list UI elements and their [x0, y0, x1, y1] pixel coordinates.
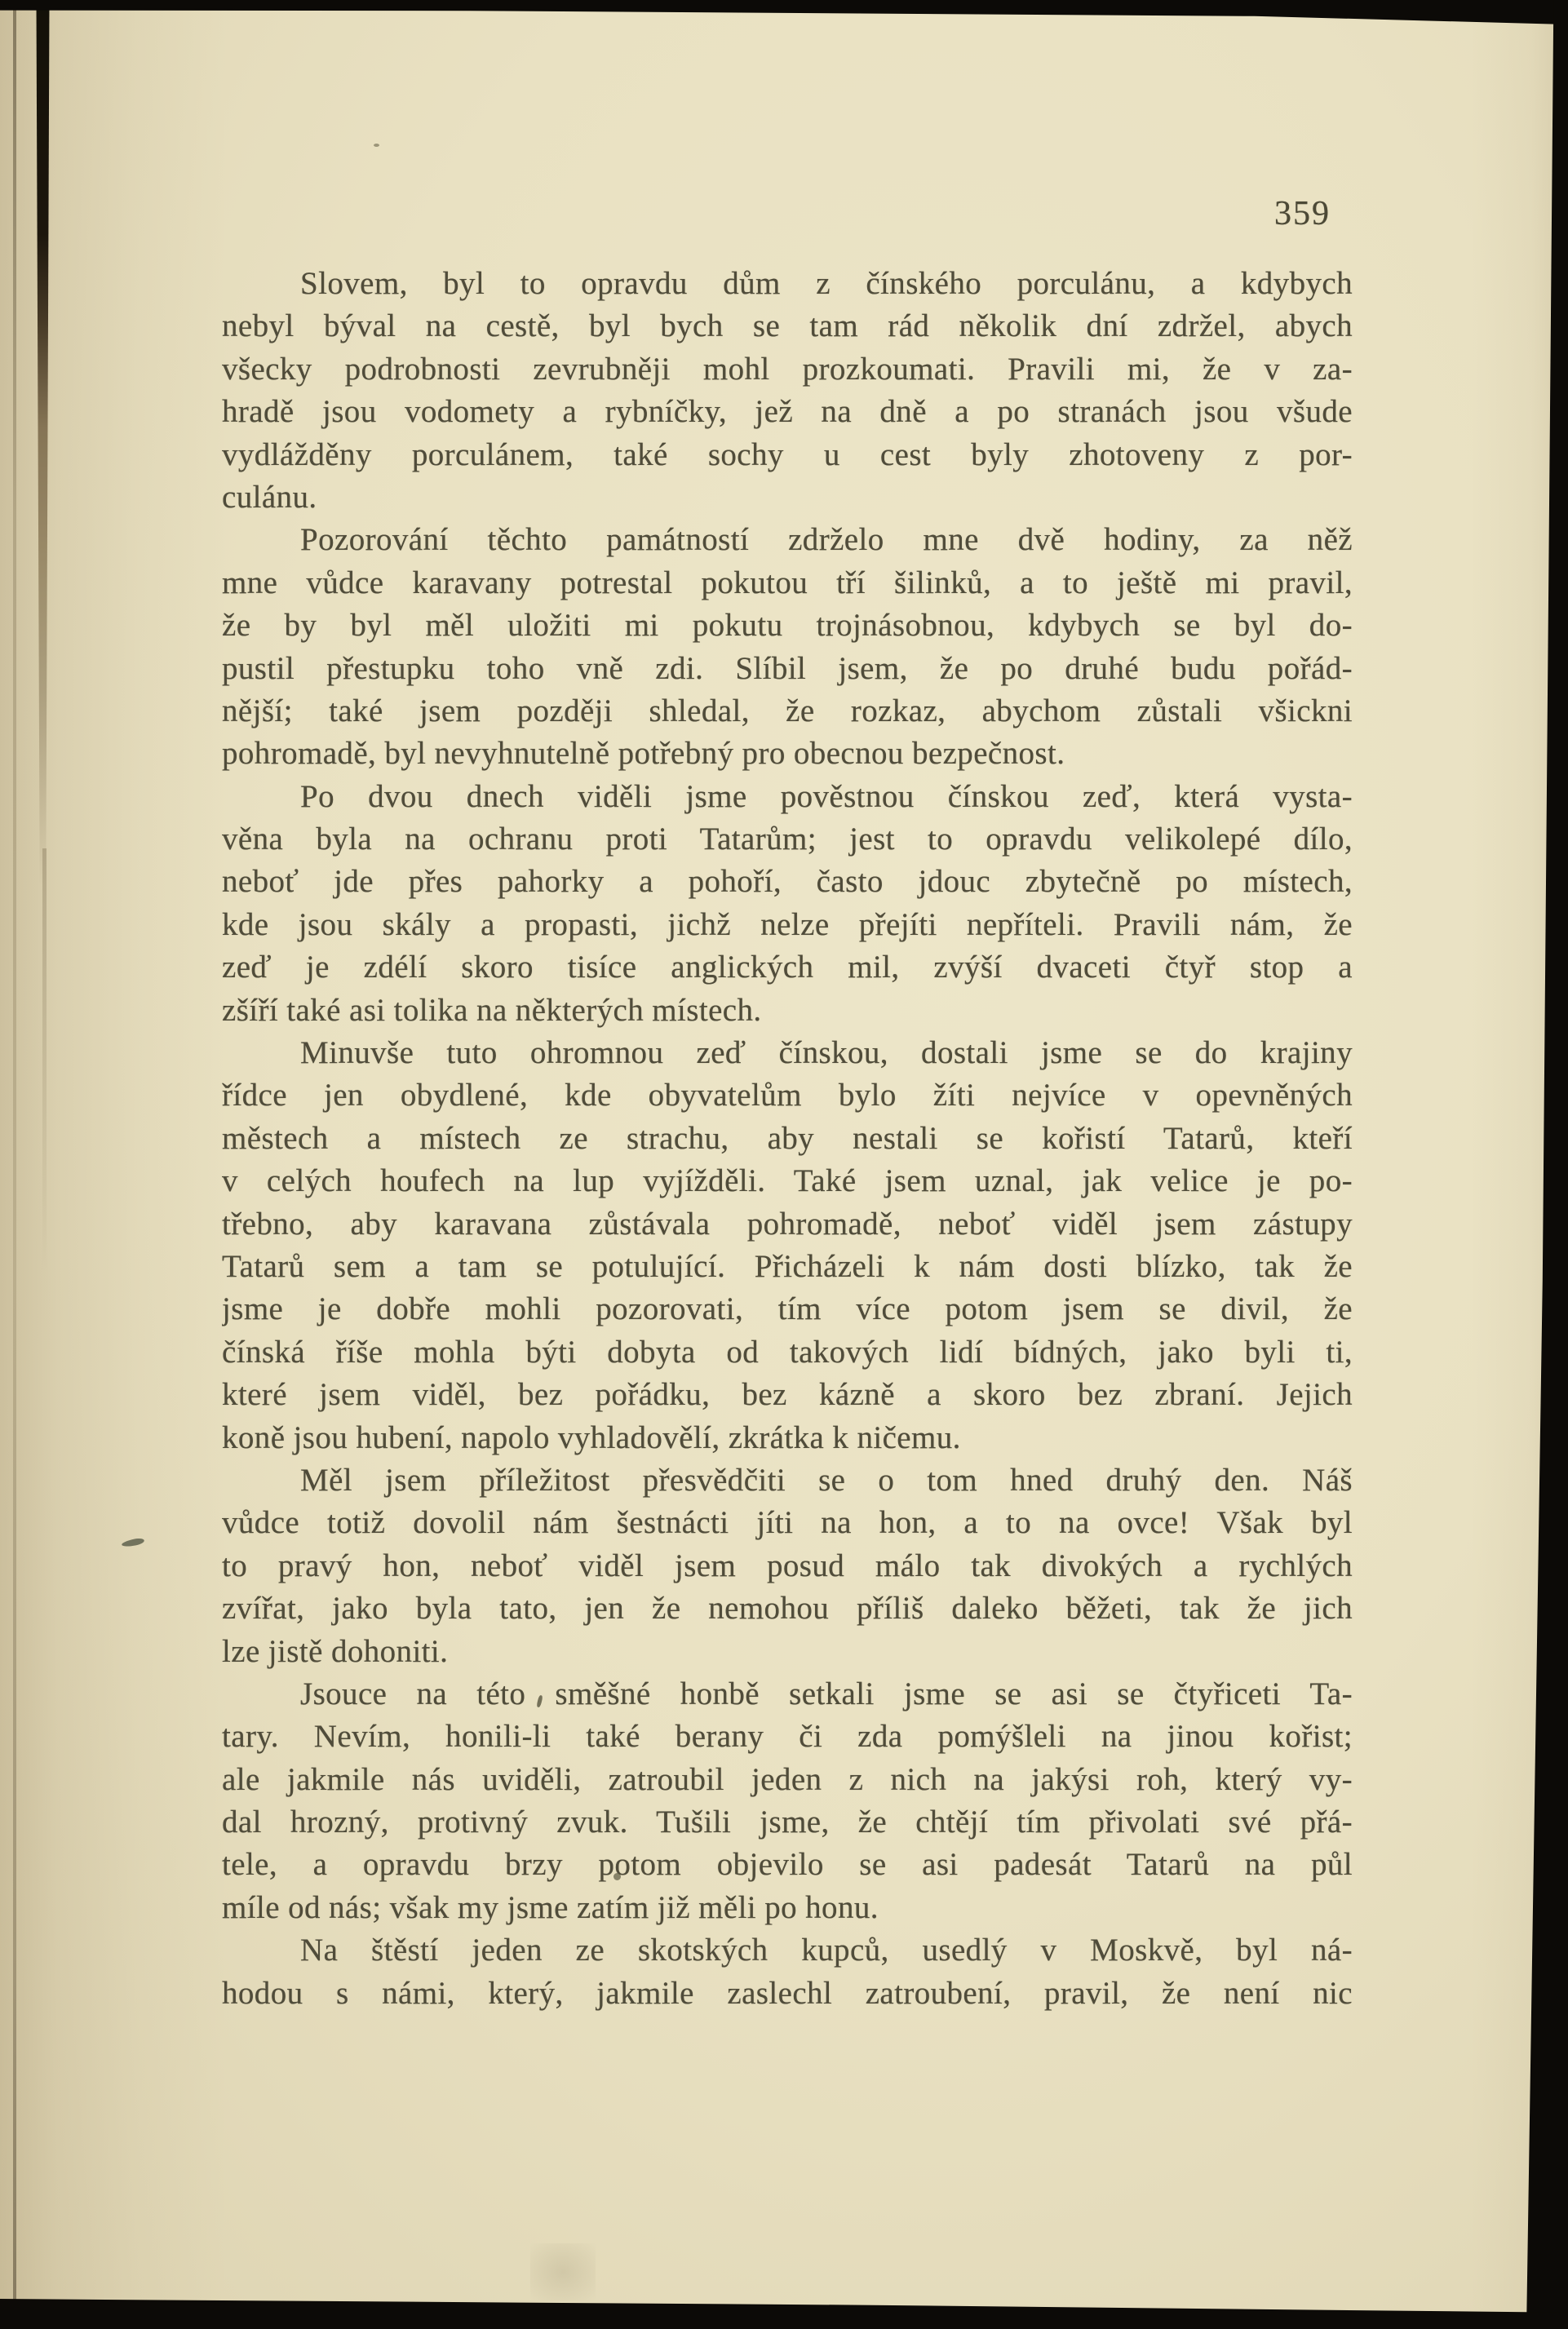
scan-edge-bottom [0, 2295, 1568, 2329]
margin-ink-dash [121, 1537, 144, 1548]
text-line: tary. Nevím, honili-li také berany či zd… [222, 1716, 1353, 1758]
text-line: dal hrozný, protivný zvuk. Tušili jsme, … [222, 1801, 1353, 1844]
text-line: jsme je dobře mohli pozorovati, tím více… [222, 1288, 1353, 1331]
scan-edge-right [1526, 0, 1568, 2329]
scan-edge-top [0, 0, 1568, 24]
text-line: Po dvou dnech viděli jsme pověstnou číns… [222, 776, 1353, 818]
text-line: vůdce totiž dovolil nám šestnácti jíti n… [222, 1502, 1353, 1544]
text-line: mne vůdce karavany potrestal pokutou tří… [222, 562, 1353, 604]
paragraph: Minuvše tuto ohromnou zeď čínskou, dosta… [222, 1032, 1353, 1459]
text-line: neboť jde přes pahorky a pohoří, často j… [222, 861, 1353, 903]
paragraph: Pozorování těchto památností zdrželo mne… [222, 519, 1353, 775]
paper-smudge [530, 2243, 596, 2300]
page-number: 359 [1274, 194, 1331, 233]
text-line: míle od nás; však my jsme zatím již měli… [222, 1887, 1353, 1929]
text-line: Měl jsem příležitost přesvědčiti se o to… [222, 1459, 1353, 1502]
text-line: Pozorování těchto památností zdrželo mne… [222, 519, 1353, 561]
text-line: Minuvše tuto ohromnou zeď čínskou, dosta… [222, 1032, 1353, 1074]
text-line: městech a místech ze strachu, aby nestal… [222, 1118, 1353, 1160]
spine-shadow-streak [35, 5, 51, 886]
text-line: lze jistě dohoniti. [222, 1631, 1353, 1673]
text-line: hradě jsou vodomety a rybníčky, jež na d… [222, 391, 1353, 433]
ink-speck [374, 144, 379, 147]
text-line: culánu. [222, 476, 1353, 519]
text-line: čínská říše mohla býti dobyta od takovýc… [222, 1331, 1353, 1374]
text-line: zšíří také asi tolika na některých míste… [222, 990, 1353, 1032]
text-line: ale jakmile nás uviděli, zatroubil jeden… [222, 1759, 1353, 1801]
body-text-block: Slovem, byl to opravdu dům z čínského po… [222, 263, 1353, 2015]
text-line: zeď je zdélí skoro tisíce anglických mil… [222, 946, 1353, 989]
text-line: vydlážděny porculánem, také sochy u cest… [222, 434, 1353, 476]
spine-shadow-tail [42, 848, 47, 1273]
text-line: že by byl měl uložiti mi pokutu trojnáso… [222, 604, 1353, 647]
text-line: třebno, aby karavana zůstávala pohromadě… [222, 1203, 1353, 1246]
text-line: tele, a opravdu brzy potom objevilo se a… [222, 1844, 1353, 1886]
text-line: nější; také jsem později shledal, že roz… [222, 690, 1353, 733]
paragraph: Měl jsem příležitost přesvědčiti se o to… [222, 1459, 1353, 1673]
page-fold-line [13, 0, 16, 2329]
paragraph: Na štěstí jeden ze skotských kupců, used… [222, 1929, 1353, 2015]
text-line: všecky podrobnosti zevrubněji mohl prozk… [222, 348, 1353, 391]
text-line: to pravý hon, neboť viděl jsem posud mál… [222, 1545, 1353, 1587]
text-line: řídce jen obydlené, kde obyvatelům bylo … [222, 1074, 1353, 1117]
ink-speck [613, 1873, 621, 1880]
text-line: v celých houfech na lup vyjížděli. Také … [222, 1160, 1353, 1202]
text-line: Na štěstí jeden ze skotských kupců, used… [222, 1929, 1353, 1972]
book-page-scan: 359 Slovem, byl to opravdu dům z čínskéh… [0, 0, 1568, 2329]
text-line: věna byla na ochranu proti Tatarům; jest… [222, 818, 1353, 861]
text-line: koně jsou hubení, napolo vyhladovělí, zk… [222, 1417, 1353, 1459]
text-line: Jsouce na této směšné honbě setkali jsme… [222, 1673, 1353, 1716]
text-line: pustil přestupku toho vně zdi. Slíbil js… [222, 648, 1353, 690]
text-line: hodou s námi, který, jakmile zaslechl za… [222, 1973, 1353, 2015]
paragraph: Slovem, byl to opravdu dům z čínského po… [222, 263, 1353, 519]
text-line: kde jsou skály a propasti, jichž nelze p… [222, 904, 1353, 946]
text-line: pohromadě, byl nevyhnutelně potřebný pro… [222, 733, 1353, 775]
text-line: zvířat, jako byla tato, jen že nemohou p… [222, 1587, 1353, 1630]
text-line: Slovem, byl to opravdu dům z čínského po… [222, 263, 1353, 305]
paragraph: Po dvou dnech viděli jsme pověstnou číns… [222, 776, 1353, 1032]
text-line: které jsem viděl, bez pořádku, bez kázně… [222, 1374, 1353, 1416]
paragraph: Jsouce na této směšné honbě setkali jsme… [222, 1673, 1353, 1929]
text-line: nebyl býval na cestě, byl bych se tam rá… [222, 305, 1353, 348]
text-line: Tatarů sem a tam se potulující. Přicháze… [222, 1246, 1353, 1288]
